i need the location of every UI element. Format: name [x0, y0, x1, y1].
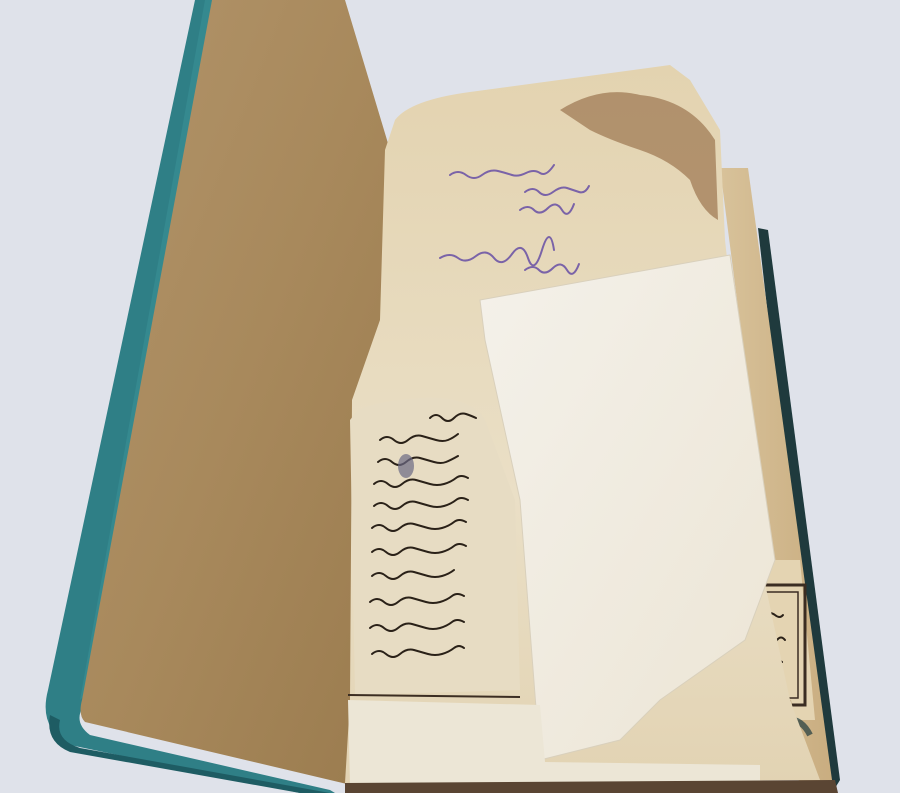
- ink-smudge: [398, 454, 414, 478]
- book-illustration: [0, 0, 900, 793]
- book-photo: [0, 0, 900, 793]
